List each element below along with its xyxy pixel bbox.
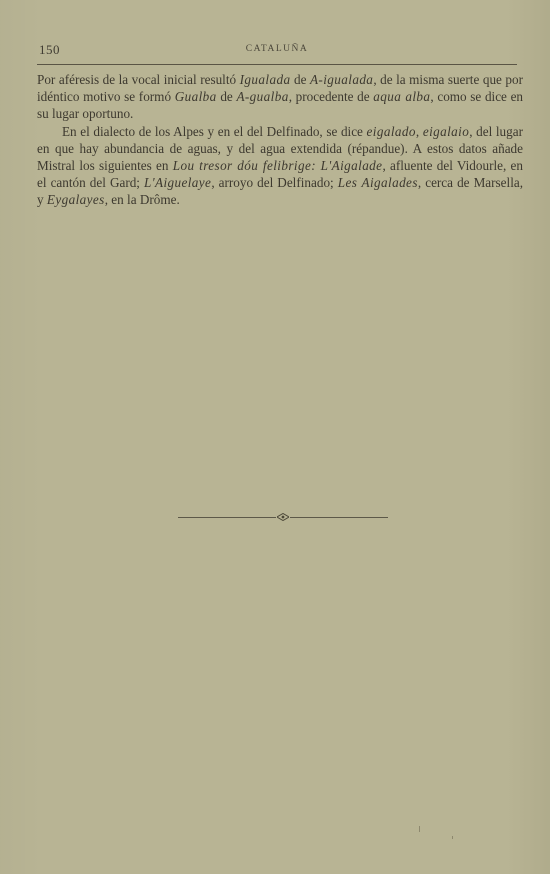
text-run: , arroyo del Delfinado; [211, 175, 337, 190]
text-run: Por aféresis de la vocal inicial resultó [37, 72, 240, 87]
paragraph-2: En el dialecto de los Alpes y en el del … [37, 123, 523, 209]
italic-term: eigalaio [423, 124, 469, 139]
text-run: , [416, 124, 423, 139]
text-run: En el dialecto de los Alpes y en el del … [62, 124, 367, 139]
paragraph-1: Por aféresis de la vocal inicial resultó… [37, 71, 523, 123]
italic-term: L'Aiguelaye [144, 175, 211, 190]
body-text: Por aféresis de la vocal inicial resultó… [37, 71, 523, 209]
header-rule [37, 64, 517, 65]
italic-term: Gualba [175, 89, 217, 104]
text-run: , procedente de [289, 89, 374, 104]
italic-term: A-igualada [310, 72, 373, 87]
paper-speck [419, 826, 420, 832]
page-header: 150 CATALUÑA [37, 42, 517, 58]
book-page: 150 CATALUÑA Por aféresis de la vocal in… [0, 0, 550, 874]
italic-term: Igualada [240, 72, 291, 87]
section-end-ornament [178, 512, 388, 524]
italic-term: Les Aigalades [338, 175, 418, 190]
text-run: de [217, 89, 237, 104]
running-head: CATALUÑA [37, 44, 517, 54]
text-run: de [290, 72, 310, 87]
ornament-rule-right [290, 517, 388, 518]
paper-speck [452, 836, 453, 839]
ornament-rule-left [178, 517, 276, 518]
italic-term: A-gualba [236, 89, 288, 104]
italic-term: eigalado [367, 124, 416, 139]
italic-term: aqua alba [373, 89, 430, 104]
text-run: , en la Drôme. [105, 192, 180, 207]
diamond-ornament-icon [277, 513, 289, 521]
italic-term: Lou tresor dóu felibrige: L'Aigalade [173, 158, 383, 173]
italic-term: Eygalayes [47, 192, 105, 207]
